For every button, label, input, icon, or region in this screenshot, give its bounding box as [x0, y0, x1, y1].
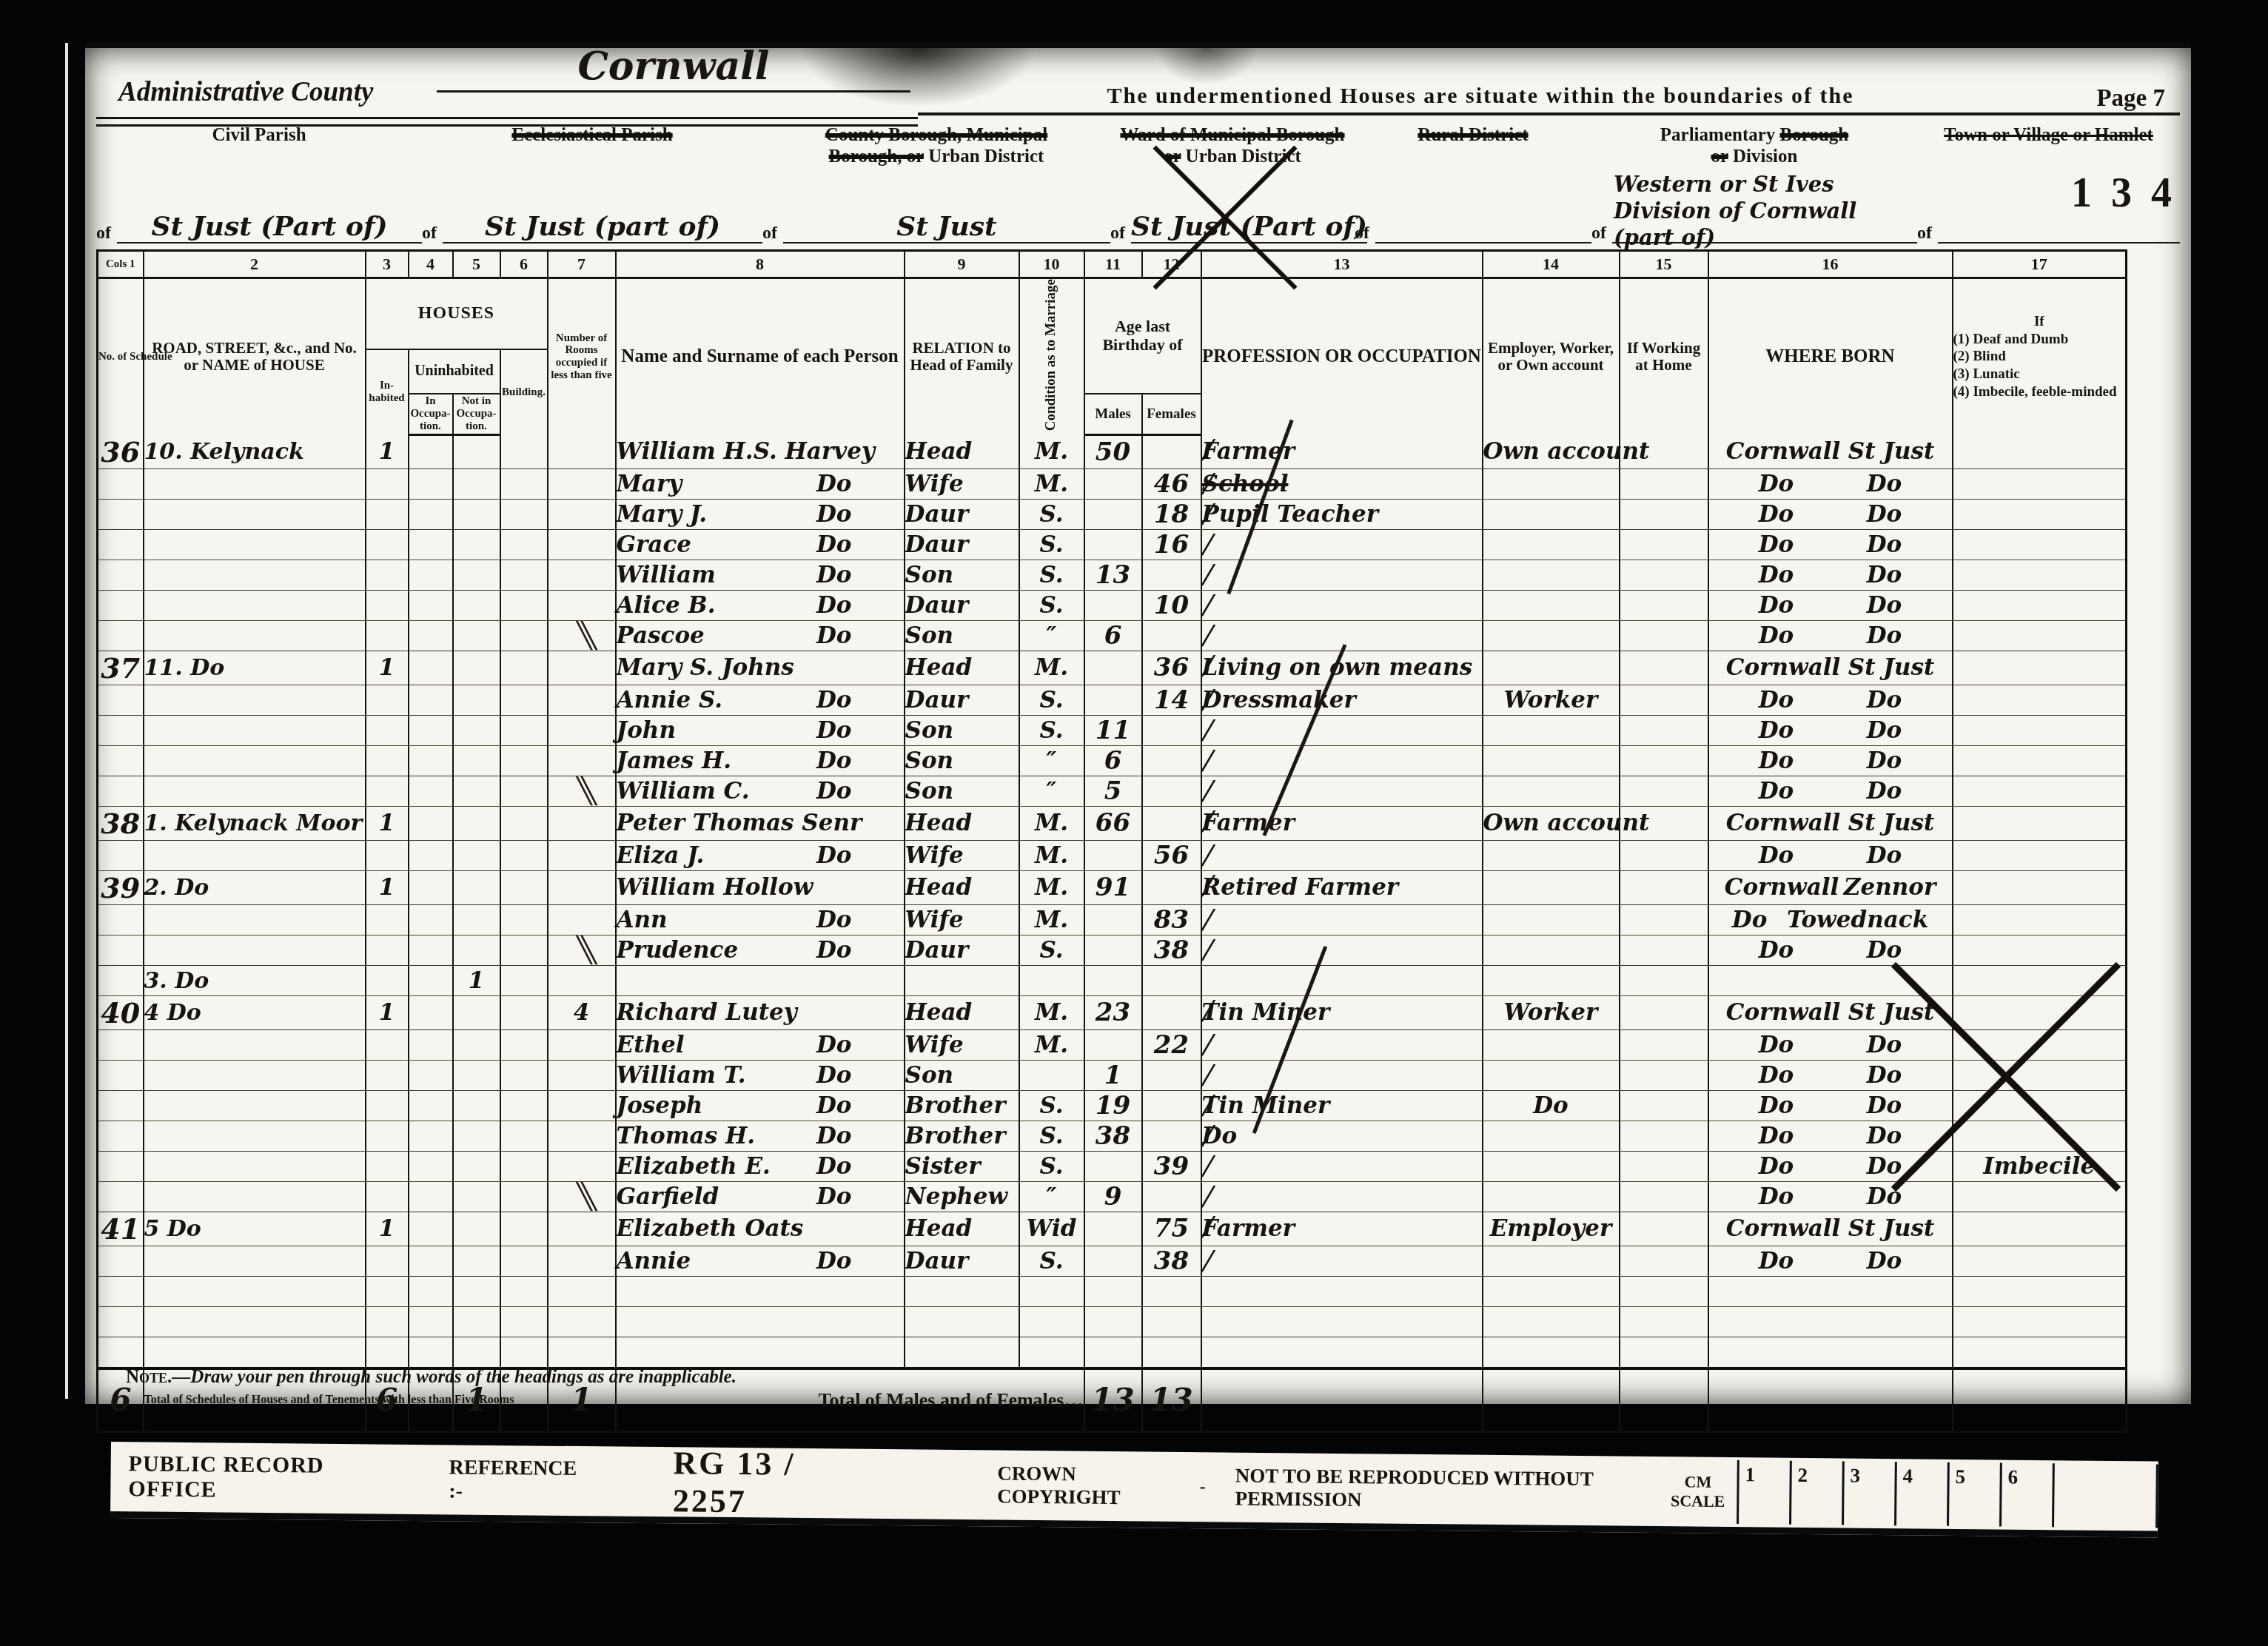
table-row: MaryDoWifeM.46/SchoolDoDo — [98, 468, 2127, 499]
person-name: Garfield — [617, 1183, 719, 1210]
cell-infirmity — [1953, 590, 2127, 620]
cell-inhabited — [366, 1337, 409, 1368]
cell-rooms — [548, 468, 616, 499]
cell-house — [144, 468, 366, 499]
cell-condition: S. — [1019, 1090, 1084, 1121]
cell-schedule-number — [98, 529, 144, 560]
surname-ditto: Do — [816, 748, 852, 774]
column-number-row: Cols 123 456 789 101112 131415 1617 — [98, 251, 2127, 278]
cell-condition: ″ — [1019, 745, 1084, 776]
scanned-census-page: Administrative County Cornwall The under… — [0, 0, 2268, 1646]
cell-infirmity — [1953, 499, 2127, 529]
table-row: JohnDoSonS.11/DoDo — [98, 715, 2127, 745]
cell-age-male: 1 — [1084, 1060, 1142, 1090]
cell-occupation: /Tin Miner — [1201, 1090, 1483, 1121]
cell-age-female: 75 — [1142, 1212, 1201, 1246]
col-condition: Condition as to Marriage — [1019, 278, 1084, 435]
cell-person-name: MaryDo — [616, 468, 905, 499]
cell-age-female — [1142, 1337, 1201, 1368]
cell-rooms — [548, 685, 616, 715]
cell-where-born: DoTowednack — [1708, 904, 1953, 935]
surname-ditto: Do — [816, 1092, 852, 1119]
cell-in-occupation — [409, 499, 453, 529]
cell-employer — [1483, 468, 1620, 499]
cell-age-female — [1142, 745, 1201, 776]
surname-ditto: Do — [816, 778, 852, 804]
cell-relation: Wife — [905, 840, 1019, 870]
cell-inhabited — [366, 840, 409, 870]
cell-condition — [1019, 1306, 1084, 1337]
cell-infirmity — [1953, 620, 2127, 651]
ecclesiastical-parish-value: St Just (part of) — [443, 211, 762, 243]
ward-block: Ward of Municipal Borough or Urban Distr… — [1110, 125, 1355, 249]
cell-house: 10. Kelynack — [144, 435, 366, 469]
cell-in-occupation — [409, 745, 453, 776]
cell-occupation: /Farmer — [1201, 435, 1483, 469]
cell-building — [500, 1151, 548, 1181]
cell-age-male — [1084, 529, 1142, 560]
cell-not-in-occupation — [453, 620, 500, 651]
cell-in-occupation — [409, 651, 453, 685]
col-born: WHERE BORN — [1708, 278, 1953, 435]
cell-where-born — [1708, 1306, 1953, 1337]
cell-person-name: James H.Do — [616, 745, 905, 776]
cell-age-male: 13 — [1084, 560, 1142, 590]
cell-in-occupation — [409, 1306, 453, 1337]
table-row: ╲╲PascoeDoSon″6/DoDo — [98, 620, 2127, 651]
cell-infirmity — [1953, 1029, 2127, 1060]
table-row: ╲╲William C.DoSon″5/DoDo — [98, 776, 2127, 806]
of-word: of — [1591, 224, 1606, 243]
cell-house — [144, 1276, 366, 1306]
cell-inhabited: 1 — [366, 1212, 409, 1246]
cell-occupation: / — [1201, 935, 1483, 965]
cell-schedule-number — [98, 1121, 144, 1151]
cell-building — [500, 1060, 548, 1090]
table-row: 415 Do1Elizabeth OatsHeadWid75/FarmerEmp… — [98, 1212, 2127, 1246]
cell-age-male: 66 — [1084, 806, 1142, 840]
cell-occupation: / — [1201, 1029, 1483, 1060]
cell-relation: Wife — [905, 468, 1019, 499]
cell-age-male: 11 — [1084, 715, 1142, 745]
cell-employer — [1483, 745, 1620, 776]
cell-in-occupation — [409, 1029, 453, 1060]
cell-where-born: DoDo — [1708, 1029, 1953, 1060]
rural-district-value — [1375, 242, 1591, 243]
cell-occupation — [1201, 1276, 1483, 1306]
cell-relation: Son — [905, 745, 1019, 776]
cell-where-born: DoDo — [1708, 935, 1953, 965]
cell-person-name: Richard Lutey — [616, 995, 905, 1029]
cell-person-name: Thomas H.Do — [616, 1121, 905, 1151]
cell-relation: Head — [905, 435, 1019, 469]
page-number: Page 7 — [2096, 85, 2165, 112]
cm-ruler-tick: 3 — [1844, 1461, 1897, 1525]
table-row: James H.DoSon″6/DoDo — [98, 745, 2127, 776]
cell-schedule-number: 40 — [98, 995, 144, 1029]
cell-age-female — [1142, 715, 1201, 745]
cell-employer — [1483, 776, 1620, 806]
col-home: If Working at Home — [1620, 278, 1708, 435]
table-row: 3. Do1 — [98, 965, 2127, 995]
cell-schedule-number — [98, 1337, 144, 1368]
cm-ruler-tick: 6 — [2002, 1463, 2055, 1528]
cell-not-in-occupation — [453, 1181, 500, 1212]
table-row: Thomas H.DoBrotherS.38/DoDoDo — [98, 1121, 2127, 1151]
table-row: 404 Do14Richard LuteyHeadM.23/Tin MinerW… — [98, 995, 2127, 1029]
cell-rooms — [548, 529, 616, 560]
cell-rooms — [548, 1306, 616, 1337]
person-name: Thomas H. — [617, 1123, 756, 1149]
cell-working-at-home — [1620, 1090, 1708, 1121]
cell-where-born: DoDo — [1708, 468, 1953, 499]
cell-condition: S. — [1019, 1151, 1084, 1181]
cell-employer — [1483, 560, 1620, 590]
person-name: William H.S. Harvey — [617, 438, 875, 465]
cell-schedule-number — [98, 1029, 144, 1060]
cell-infirmity — [1953, 935, 2127, 965]
cell-schedule-number: 41 — [98, 1212, 144, 1246]
cell-building — [500, 840, 548, 870]
person-name: James H. — [617, 748, 732, 774]
cell-rooms — [548, 1276, 616, 1306]
cell-age-female — [1142, 806, 1201, 840]
cm-ruler-tick: 4 — [1896, 1462, 1950, 1526]
surname-ditto: Do — [816, 907, 852, 933]
situate-text: The undermentioned Houses are situate wi… — [970, 84, 1991, 109]
cell-schedule-number — [98, 776, 144, 806]
cell-not-in-occupation — [453, 935, 500, 965]
cell-infirmity — [1953, 715, 2127, 745]
dash: - — [1200, 1477, 1206, 1497]
cell-in-occupation — [409, 620, 453, 651]
cm-ruler-end — [2054, 1463, 2158, 1528]
cell-inhabited — [366, 529, 409, 560]
cell-in-occupation — [409, 806, 453, 840]
cell-condition: S. — [1019, 715, 1084, 745]
col-males: Males — [1084, 394, 1142, 435]
cell-not-in-occupation — [453, 806, 500, 840]
cell-condition: M. — [1019, 870, 1084, 904]
cell-rooms — [548, 870, 616, 904]
cell-occupation: / — [1201, 840, 1483, 870]
cell-employer — [1483, 1121, 1620, 1151]
cell-schedule-number — [98, 685, 144, 715]
cell-infirmity — [1953, 965, 2127, 995]
cell-in-occupation — [409, 776, 453, 806]
cell-age-male: 5 — [1084, 776, 1142, 806]
struck-label: or — [1711, 147, 1728, 167]
cell-inhabited — [366, 1060, 409, 1090]
cell-relation: Daur — [905, 935, 1019, 965]
cell-in-occupation — [409, 590, 453, 620]
table-row: Annie S.DoDaurS.14/DressmakerWorkerDoDo — [98, 685, 2127, 715]
cell-age-female: 83 — [1142, 904, 1201, 935]
cell-infirmity — [1953, 1276, 2127, 1306]
cell-age-male — [1084, 840, 1142, 870]
col-building: Building. — [500, 349, 548, 435]
cell-inhabited — [366, 590, 409, 620]
surname-ditto: Do — [816, 687, 852, 713]
cell-schedule-number — [98, 1181, 144, 1212]
cell-person-name: PascoeDo — [616, 620, 905, 651]
cell-employer — [1483, 1246, 1620, 1276]
of-word: of — [762, 224, 777, 243]
person-name: Ann — [617, 907, 668, 933]
cell-employer — [1483, 1337, 1620, 1368]
cell-inhabited — [366, 1029, 409, 1060]
cell-not-in-occupation — [453, 870, 500, 904]
cell-schedule-number: 39 — [98, 870, 144, 904]
cell-infirmity: Imbecile — [1953, 1151, 2127, 1181]
cell-relation: Daur — [905, 1246, 1019, 1276]
cell-where-born — [1708, 1276, 1953, 1306]
person-name: Ethel — [617, 1032, 685, 1058]
cell-working-at-home — [1620, 1212, 1708, 1246]
cell-condition: M. — [1019, 435, 1084, 469]
cell-schedule-number — [98, 468, 144, 499]
col-employer: Employer, Worker, or Own account — [1483, 278, 1620, 435]
table-row: JosephDoBrotherS.19/Tin MinerDoDoDo — [98, 1090, 2127, 1121]
cell-working-at-home — [1620, 995, 1708, 1029]
cell-occupation: /Farmer — [1201, 1212, 1483, 1246]
cell-occupation — [1201, 1306, 1483, 1337]
surname-ditto: Do — [816, 1032, 852, 1058]
cell-in-occupation — [409, 935, 453, 965]
cell-house — [144, 1306, 366, 1337]
cell-condition: S. — [1019, 499, 1084, 529]
person-name: Annie S. — [617, 687, 723, 713]
table-row: 3711. Do1Mary S. JohnsHeadM.36/Living on… — [98, 651, 2127, 685]
col-age-group: Age last Birthday of — [1084, 278, 1201, 394]
person-name: Pascoe — [617, 622, 705, 649]
cell-relation: Wife — [905, 1029, 1019, 1060]
cell-building — [500, 1090, 548, 1121]
cell-not-in-occupation — [453, 590, 500, 620]
cell-building — [500, 620, 548, 651]
cell-not-in-occupation — [453, 745, 500, 776]
header-band: Administrative County Cornwall The under… — [96, 54, 2180, 125]
cell-relation: Brother — [905, 1090, 1019, 1121]
cell-house — [144, 590, 366, 620]
cell-infirmity — [1953, 1246, 2127, 1276]
person-name: William Hollow — [617, 874, 813, 901]
cell-not-in-occupation — [453, 1246, 500, 1276]
cell-age-male — [1084, 1212, 1142, 1246]
cell-inhabited — [366, 468, 409, 499]
cell-schedule-number — [98, 1306, 144, 1337]
cell-in-occupation — [409, 685, 453, 715]
cell-person-name: AnnieDo — [616, 1246, 905, 1276]
surname-ditto: Do — [816, 592, 852, 619]
cell-age-female — [1142, 435, 1201, 469]
cell-building — [500, 1337, 548, 1368]
cell-in-occupation — [409, 1337, 453, 1368]
cell-age-male — [1084, 1306, 1142, 1337]
cell-rooms — [548, 1212, 616, 1246]
cell-in-occupation — [409, 840, 453, 870]
cell-infirmity — [1953, 685, 2127, 715]
cell-occupation — [1201, 1337, 1483, 1368]
cell-occupation: / — [1201, 715, 1483, 745]
cell-inhabited — [366, 499, 409, 529]
cell-where-born: DoDo — [1708, 1060, 1953, 1090]
person-name: Mary — [617, 471, 682, 497]
cell-in-occupation — [409, 1212, 453, 1246]
cell-not-in-occupation — [453, 560, 500, 590]
cell-infirmity — [1953, 1337, 2127, 1368]
cell-condition: S. — [1019, 590, 1084, 620]
cell-house — [144, 1337, 366, 1368]
cell-inhabited — [366, 776, 409, 806]
cell-where-born: DoDo — [1708, 1121, 1953, 1151]
cell-house — [144, 745, 366, 776]
cell-not-in-occupation — [453, 1151, 500, 1181]
cell-house — [144, 685, 366, 715]
cell-schedule-number — [98, 715, 144, 745]
cell-schedule-number — [98, 1246, 144, 1276]
cell-schedule-number — [98, 840, 144, 870]
cell-working-at-home — [1620, 620, 1708, 651]
cell-where-born: DoDo — [1708, 840, 1953, 870]
household-end-mark: ╲╲ — [577, 778, 586, 805]
cell-working-at-home — [1620, 904, 1708, 935]
cell-inhabited: 1 — [366, 435, 409, 469]
cell-age-female — [1142, 1121, 1201, 1151]
surname-ditto: Do — [816, 937, 852, 964]
cell-occupation: / — [1201, 776, 1483, 806]
cell-working-at-home — [1620, 935, 1708, 965]
cell-employer: Own account — [1483, 806, 1620, 840]
cell-condition — [1019, 1337, 1084, 1368]
cell-where-born: DoDo — [1708, 1151, 1953, 1181]
cell-house — [144, 1246, 366, 1276]
cell-person-name — [616, 965, 905, 995]
table-row: ╲╲GarfieldDoNephew″9/DoDo — [98, 1181, 2127, 1212]
person-name: William — [617, 562, 716, 588]
cell-not-in-occupation — [453, 840, 500, 870]
cell-occupation: / — [1201, 1151, 1483, 1181]
cell-working-at-home — [1620, 965, 1708, 995]
cell-age-female: 38 — [1142, 935, 1201, 965]
ward-label: Urban District — [1186, 147, 1301, 167]
cell-occupation: /Dressmaker — [1201, 685, 1483, 715]
cell-in-occupation — [409, 715, 453, 745]
parliamentary-division-block: Parliamentary Borough or Division Wester… — [1591, 125, 1917, 249]
person-name: Grace — [617, 531, 692, 558]
surname-ditto: Do — [816, 501, 852, 528]
surname-ditto: Do — [816, 1183, 852, 1210]
cm-ruler-tick: 2 — [1791, 1461, 1845, 1525]
cell-working-at-home — [1620, 1306, 1708, 1337]
table-row: 392. Do1William HollowHeadM.91/Retired F… — [98, 870, 2127, 904]
cell-building — [500, 1306, 548, 1337]
cell-age-female — [1142, 1060, 1201, 1090]
archive-footer-strip: PUBLIC RECORD OFFICE REFERENCE :- RG 13 … — [110, 1442, 2158, 1538]
surname-ditto: Do — [816, 1153, 852, 1180]
cell-in-occupation — [409, 995, 453, 1029]
cell-inhabited — [366, 904, 409, 935]
cell-infirmity — [1953, 995, 2127, 1029]
cell-not-in-occupation — [453, 1060, 500, 1090]
cell-person-name: PrudenceDo — [616, 935, 905, 965]
cell-schedule-number: 37 — [98, 651, 144, 685]
cell-age-female — [1142, 776, 1201, 806]
cell-building — [500, 806, 548, 840]
cell-age-male: 6 — [1084, 745, 1142, 776]
table-row — [98, 1306, 2127, 1337]
total-females: 13 — [1150, 1382, 1192, 1418]
cell-age-male: 50 — [1084, 435, 1142, 469]
cell-building — [500, 685, 548, 715]
cell-person-name: Mary S. Johns — [616, 651, 905, 685]
cell-in-occupation — [409, 870, 453, 904]
cell-condition — [1019, 965, 1084, 995]
cell-inhabited — [366, 1151, 409, 1181]
cell-building — [500, 1181, 548, 1212]
cell-occupation — [1201, 965, 1483, 995]
cell-infirmity — [1953, 1121, 2127, 1151]
cell-house — [144, 776, 366, 806]
cell-rooms — [548, 840, 616, 870]
cell-building — [500, 965, 548, 995]
cell-working-at-home — [1620, 745, 1708, 776]
cell-condition: S. — [1019, 1121, 1084, 1151]
urban-district-value: St Just — [783, 211, 1110, 243]
cell-working-at-home — [1620, 1246, 1708, 1276]
cell-inhabited: 1 — [366, 806, 409, 840]
cell-not-in-occupation — [453, 499, 500, 529]
cell-condition: S. — [1019, 560, 1084, 590]
cell-age-male — [1084, 1276, 1142, 1306]
cell-occupation: /Tin Miner — [1201, 995, 1483, 1029]
cell-inhabited: 1 — [366, 995, 409, 1029]
table-row: AnnDoWifeM.83/DoTowednack — [98, 904, 2127, 935]
cell-condition: M. — [1019, 806, 1084, 840]
cell-person-name: Peter Thomas Senr — [616, 806, 905, 840]
cell-inhabited — [366, 715, 409, 745]
cell-occupation: / — [1201, 904, 1483, 935]
col-schedule: No. of Schedule — [98, 278, 144, 435]
cell-infirmity — [1953, 651, 2127, 685]
civil-parish-block: Civil Parish of St Just (Part of) — [96, 125, 422, 249]
cell-condition: S. — [1019, 1246, 1084, 1276]
cell-rooms — [548, 1029, 616, 1060]
cell-where-born: DoDo — [1708, 745, 1953, 776]
cell-relation: Son — [905, 1060, 1019, 1090]
admin-county-label: Administrative County — [118, 76, 373, 108]
cell-inhabited — [366, 1181, 409, 1212]
ecclesiastical-parish-block: Ecclesiastical Parish of St Just (part o… — [422, 125, 762, 249]
cell-rooms — [548, 1090, 616, 1121]
cell-age-female: 10 — [1142, 590, 1201, 620]
cell-employer — [1483, 590, 1620, 620]
cell-schedule-number — [98, 1276, 144, 1306]
cell-rooms — [548, 560, 616, 590]
table-row: 3610. Kelynack1William H.S. HarveyHeadM.… — [98, 435, 2127, 469]
cell-working-at-home — [1620, 560, 1708, 590]
cell-rooms — [548, 1060, 616, 1090]
cell-person-name: JohnDo — [616, 715, 905, 745]
cell-age-male — [1084, 1246, 1142, 1276]
cell-building — [500, 1121, 548, 1151]
cell-age-female — [1142, 1181, 1201, 1212]
person-name: Elizabeth E. — [617, 1153, 771, 1180]
cell-schedule-number: 36 — [98, 435, 144, 469]
col-not-in-occupation: Not in Occupa-tion. — [453, 394, 500, 435]
surname-ditto: Do — [816, 562, 852, 588]
cell-in-occupation — [409, 1060, 453, 1090]
